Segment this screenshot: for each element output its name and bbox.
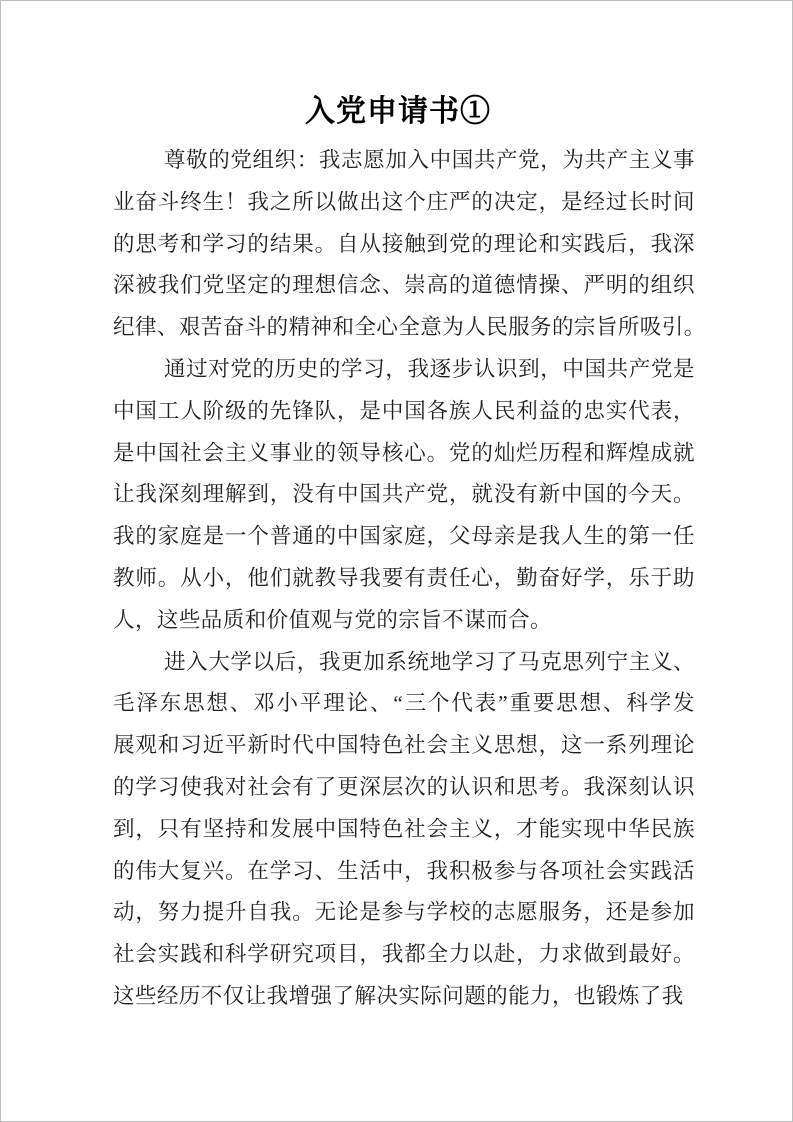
text-line: 进入大学以后，我更加系统地学习了马克思列宁主义、 bbox=[113, 642, 695, 684]
text-line: 这些经历不仅让我增强了解决实际问题的能力，也锻炼了我 bbox=[113, 976, 695, 1018]
text-line: 社会实践和科学研究项目，我都全力以赴，力求做到最好。 bbox=[113, 934, 695, 976]
text-line: 的伟大复兴。在学习、生活中，我积极参与各项社会实践活 bbox=[113, 851, 695, 893]
text-line: 毛泽东思想、邓小平理论、“三个代表”重要思想、科学发 bbox=[113, 683, 695, 725]
paragraph: 尊敬的党组织：我志愿加入中国共产党，为共产主义事业奋斗终生！我之所以做出这个庄严… bbox=[113, 140, 695, 349]
text-line: 深被我们党坚定的理想信念、崇高的道德情操、严明的组织 bbox=[113, 265, 695, 307]
text-line: 通过对党的历史的学习，我逐步认识到，中国共产党是 bbox=[113, 349, 695, 391]
text-line: 的思考和学习的结果。自从接触到党的理论和实践后，我深 bbox=[113, 224, 695, 266]
document-title: 入党申请书① bbox=[101, 91, 695, 133]
document-page: 入党申请书① 尊敬的党组织：我志愿加入中国共产党，为共产主义事业奋斗终生！我之所… bbox=[0, 0, 793, 1122]
text-line: 尊敬的党组织：我志愿加入中国共产党，为共产主义事 bbox=[113, 140, 695, 182]
text-line: 业奋斗终生！我之所以做出这个庄严的决定，是经过长时间 bbox=[113, 182, 695, 224]
text-line: 教师。从小，他们就教导我要有责任心，勤奋好学，乐于助 bbox=[113, 558, 695, 600]
text-line: 展观和习近平新时代中国特色社会主义思想，这一系列理论 bbox=[113, 725, 695, 767]
text-line: 的学习使我对社会有了更深层次的认识和思考。我深刻认识 bbox=[113, 767, 695, 809]
paragraph: 通过对党的历史的学习，我逐步认识到，中国共产党是中国工人阶级的先锋队，是中国各族… bbox=[113, 349, 695, 642]
paragraph: 进入大学以后，我更加系统地学习了马克思列宁主义、毛泽东思想、邓小平理论、“三个代… bbox=[113, 642, 695, 1018]
text-line: 我的家庭是一个普通的中国家庭，父母亲是我人生的第一任 bbox=[113, 516, 695, 558]
text-line: 中国工人阶级的先锋队，是中国各族人民利益的忠实代表， bbox=[113, 391, 695, 433]
text-line: 是中国社会主义事业的领导核心。党的灿烂历程和辉煌成就 bbox=[113, 433, 695, 475]
text-line: 纪律、艰苦奋斗的精神和全心全意为人民服务的宗旨所吸引。 bbox=[113, 307, 695, 349]
text-line: 让我深刻理解到，没有中国共产党，就没有新中国的今天。 bbox=[113, 474, 695, 516]
text-line: 到，只有坚持和发展中国特色社会主义，才能实现中华民族 bbox=[113, 809, 695, 851]
text-line: 人，这些品质和价值观与党的宗旨不谋而合。 bbox=[113, 600, 695, 642]
document-body: 尊敬的党组织：我志愿加入中国共产党，为共产主义事业奋斗终生！我之所以做出这个庄严… bbox=[113, 140, 695, 1018]
text-line: 动，努力提升自我。无论是参与学校的志愿服务，还是参加 bbox=[113, 892, 695, 934]
